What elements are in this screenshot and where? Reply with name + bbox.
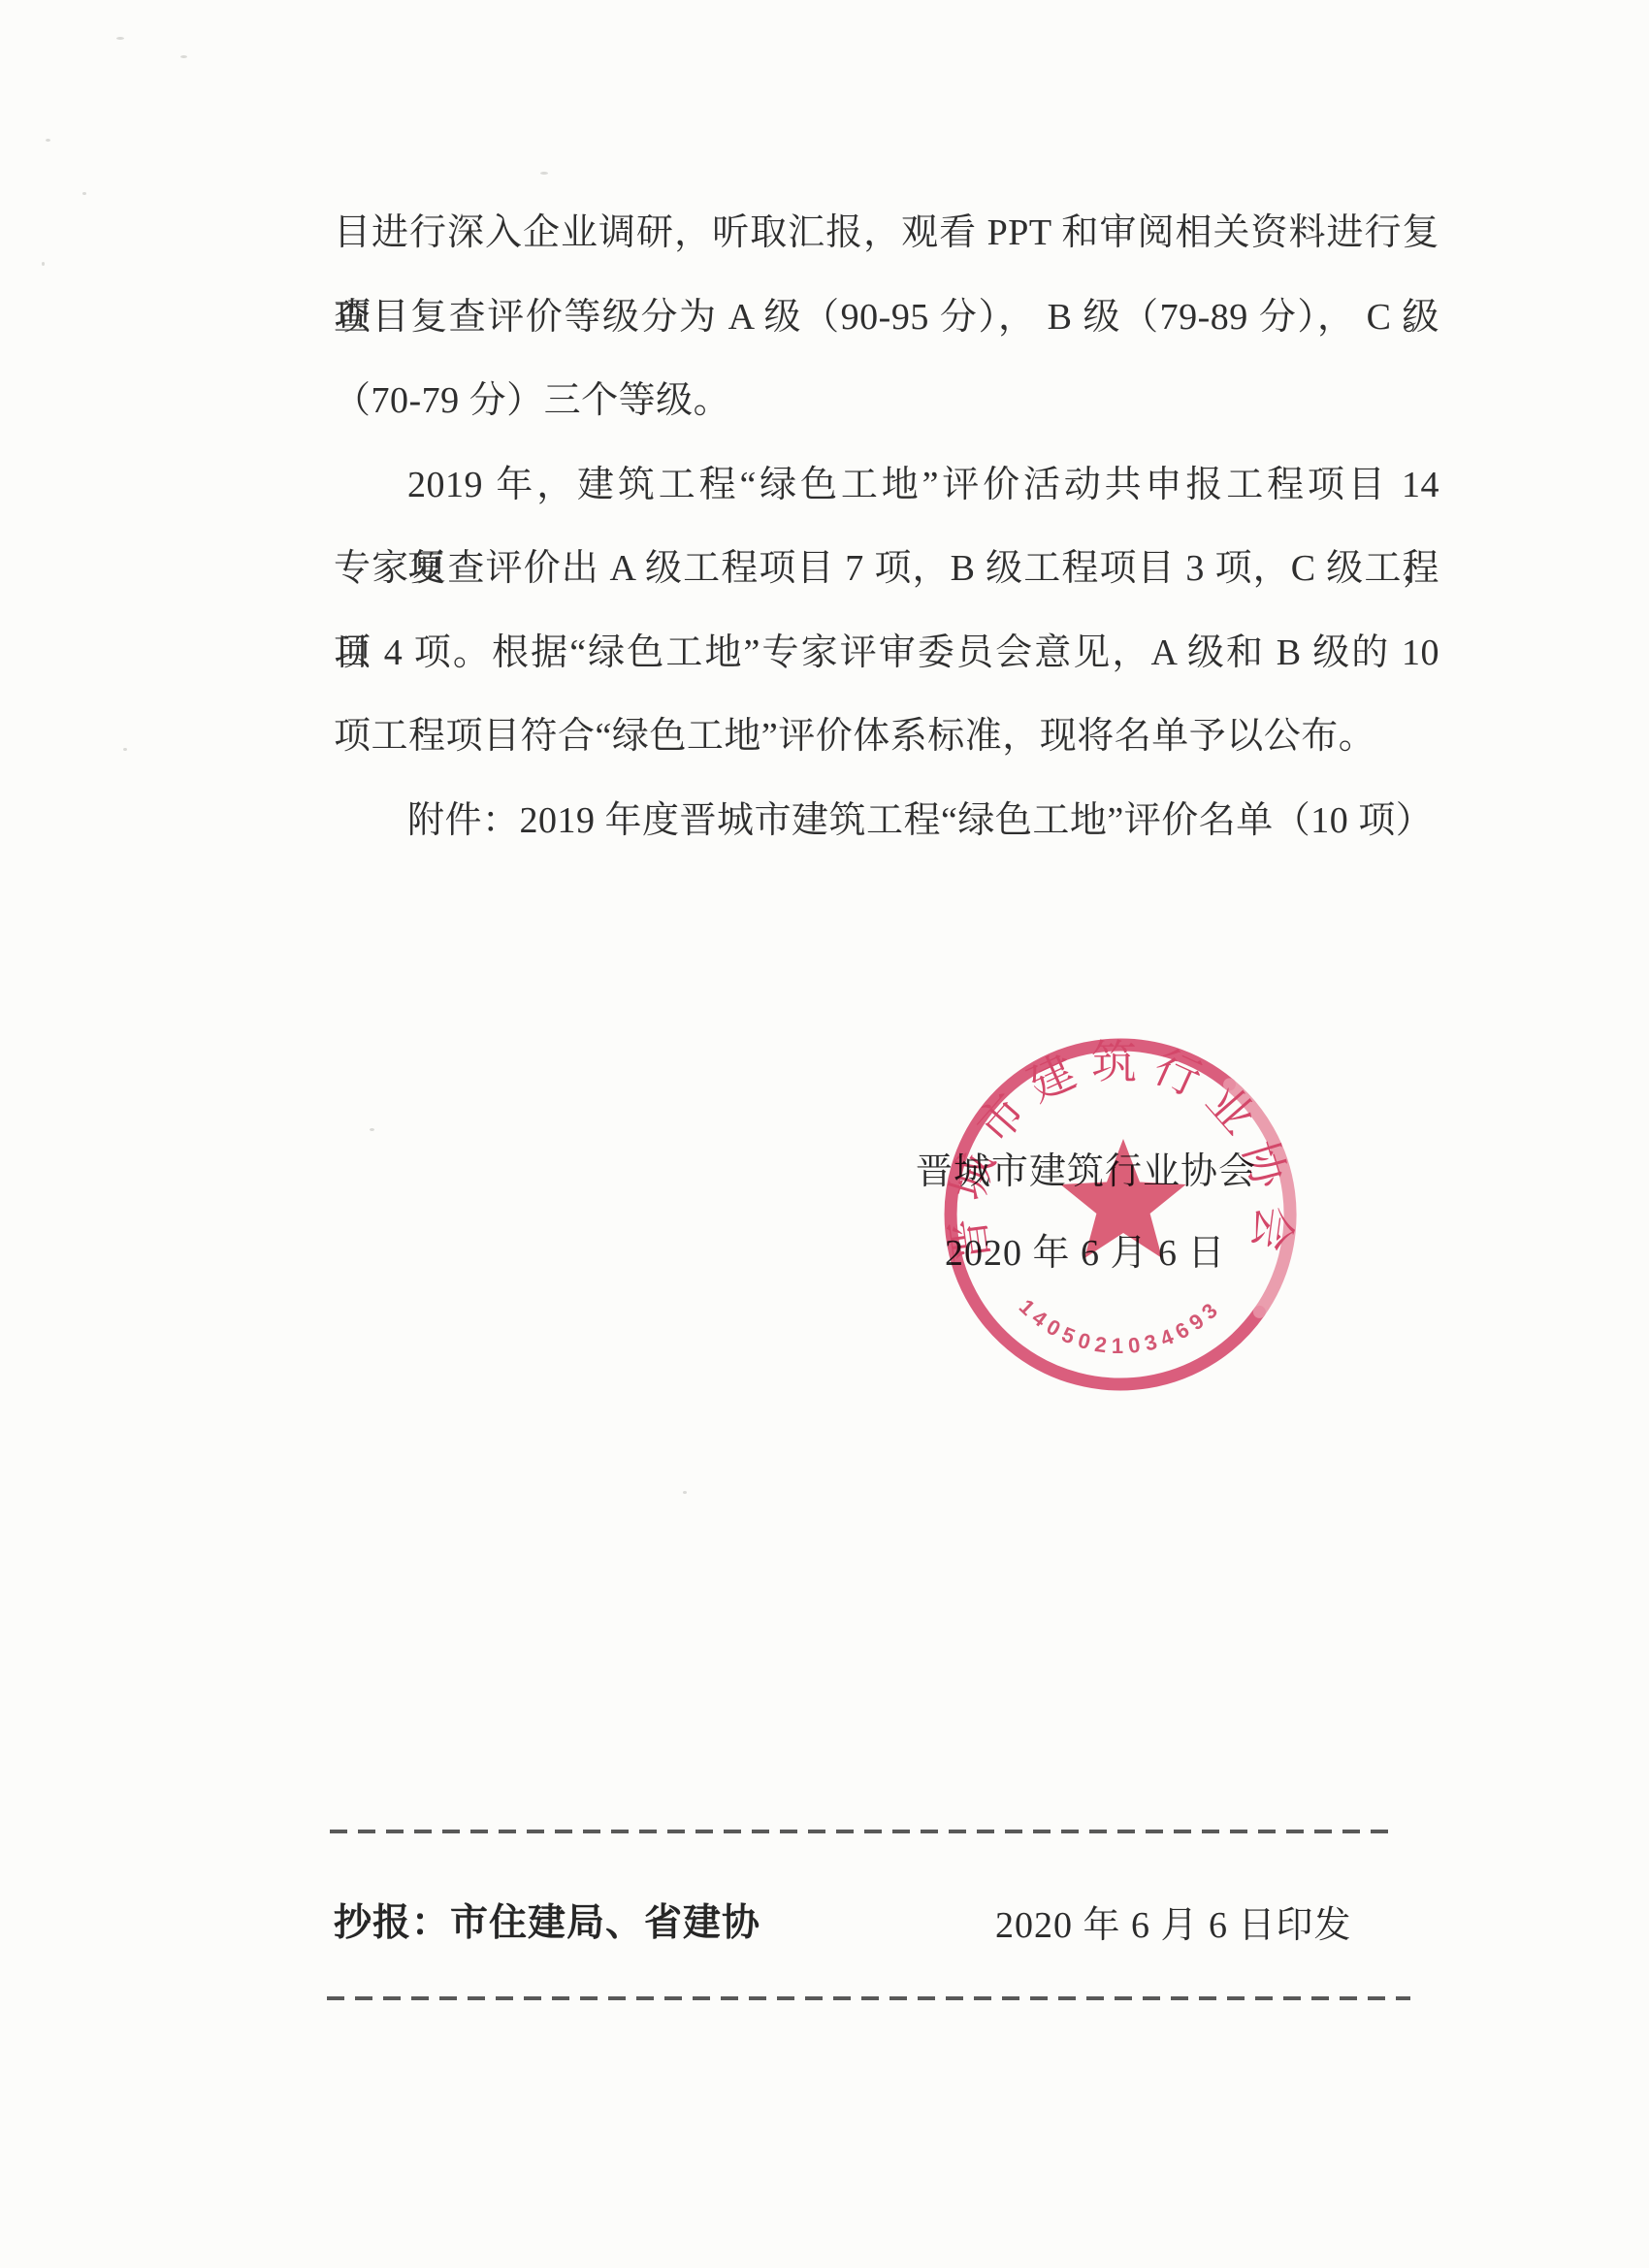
scan-speck bbox=[82, 192, 86, 195]
scan-speck bbox=[683, 1491, 687, 1494]
official-seal-stamp: 晋城市建筑行业协会 1405021034693 bbox=[921, 1016, 1319, 1413]
scan-speck bbox=[46, 139, 50, 142]
stamp-serial-holder: 1405021034693 bbox=[1015, 1294, 1226, 1358]
body-line-1: 目进行深入企业调研，听取汇报，观看 PPT 和审阅相关资料进行复查。 bbox=[334, 191, 1439, 275]
footer-copy-to: 抄报：市住建局、省建协 bbox=[334, 1893, 760, 1947]
scan-speck bbox=[123, 748, 127, 751]
body-line-5: 专家复查评价出 A 级工程项目 7 项，B 级工程项目 3 项，C 级工程项 bbox=[334, 527, 1439, 611]
star-icon bbox=[1060, 1139, 1185, 1258]
body-line-6: 目 4 项。根据“绿色工地”专家评审委员会意见，A 级和 B 级的 10 bbox=[334, 611, 1439, 696]
body-line-3: （70-79 分）三个等级。 bbox=[334, 359, 1439, 443]
body-paragraphs: 目进行深入企业调研，听取汇报，观看 PPT 和审阅相关资料进行复查。 项目复查评… bbox=[334, 191, 1439, 862]
scan-speck bbox=[116, 37, 124, 40]
stamp-serial-number: 1405021034693 bbox=[1015, 1294, 1226, 1358]
body-line-7: 项工程项目符合“绿色工地”评价体系标准，现将名单予以公布。 bbox=[334, 695, 1439, 779]
scan-speck bbox=[540, 172, 548, 175]
attachment-line: 附件：2019 年度晋城市建筑工程“绿色工地”评价名单（10 项） bbox=[334, 779, 1439, 863]
body-line-2: 项目复查评价等级分为 A 级（90-95 分）， B 级（79-89 分）， C… bbox=[334, 275, 1439, 360]
scan-speck bbox=[370, 1128, 374, 1131]
footer-issue-date: 2020 年 6 月 6 日印发 bbox=[995, 1895, 1352, 1948]
scanned-document-page: 目进行深入企业调研，听取汇报，观看 PPT 和审阅相关资料进行复查。 项目复查评… bbox=[0, 0, 1649, 2268]
body-line-4: 2019 年，建筑工程“绿色工地”评价活动共申报工程项目 14 项， bbox=[334, 443, 1439, 528]
scan-speck bbox=[42, 262, 45, 266]
divider-dashed-bottom bbox=[327, 1996, 1410, 2000]
divider-dashed-top bbox=[330, 1830, 1389, 1833]
scan-speck bbox=[180, 55, 187, 58]
